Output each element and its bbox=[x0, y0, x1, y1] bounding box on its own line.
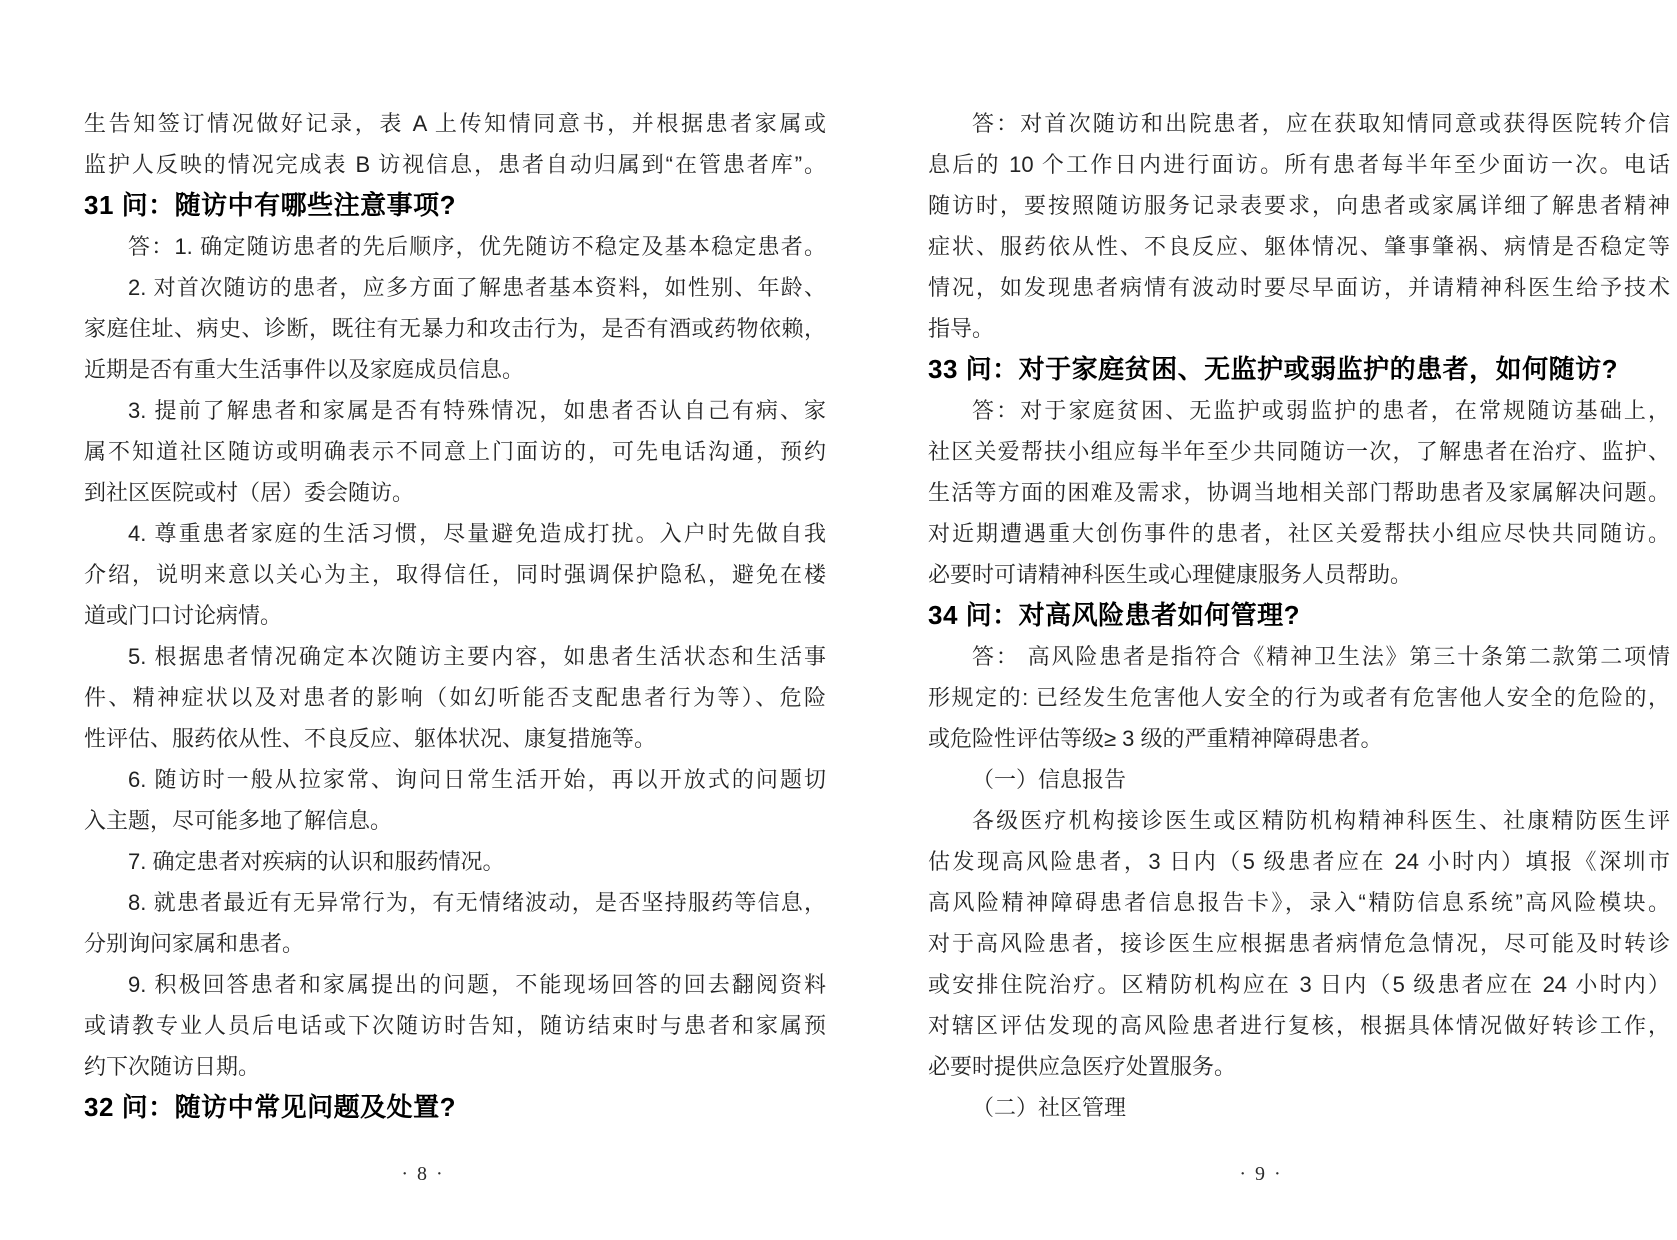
text-line: 社区关爱帮扶小组应每半年至少共同随访一次，了解患者在治疗、监护、 bbox=[928, 431, 1670, 472]
page-right: 答：对首次随访和出院患者，应在获取知情同意或获得医院转介信 息后的 10 个工作… bbox=[928, 103, 1670, 1128]
question-heading-33: 33 问：对于家庭贫困、无监护或弱监护的患者，如何随访? bbox=[928, 349, 1670, 390]
text-line: 属不知道社区随访或明确表示不同意上门面访的，可先电话沟通，预约 bbox=[84, 431, 826, 472]
text-line: 随访时，要按照随访服务记录表要求，向患者或家属详细了解患者精神 bbox=[928, 185, 1670, 226]
text-line: 性评估、服药依从性、不良反应、躯体状况、康复措施等。 bbox=[84, 718, 826, 759]
text-line: 形规定的: 已经发生危害他人安全的行为或者有危害他人安全的危险的， bbox=[928, 677, 1670, 718]
text-line: 6. 随访时一般从拉家常、询问日常生活开始，再以开放式的问题切 bbox=[84, 759, 826, 800]
text-line: 对于高风险患者，接诊医生应根据患者病情危急情况，尽可能及时转诊 bbox=[928, 923, 1670, 964]
text-line: 3. 提前了解患者和家属是否有特殊情况，如患者否认自己有病、家 bbox=[84, 390, 826, 431]
text-line: 入主题，尽可能多地了解信息。 bbox=[84, 800, 826, 841]
text-line: 答：1. 确定随访患者的先后顺序，优先随访不稳定及基本稳定患者。 bbox=[84, 226, 826, 267]
text-line: 必要时可请精神科医生或心理健康服务人员帮助。 bbox=[928, 554, 1670, 595]
text-line: 生告知签订情况做好记录，表 A 上传知情同意书，并根据患者家属或 bbox=[84, 103, 826, 144]
text-line: 必要时提供应急医疗处置服务。 bbox=[928, 1046, 1670, 1087]
text-line: 情况，如发现患者病情有波动时要尽早面访，并请精神科医生给予技术 bbox=[928, 267, 1670, 308]
text-line: 8. 就患者最近有无异常行为，有无情绪波动，是否坚持服药等信息， bbox=[84, 882, 826, 923]
text-line: 或危险性评估等级≥ 3 级的严重精神障碍患者。 bbox=[928, 718, 1670, 759]
text-line: 答： 高风险患者是指符合《精神卫生法》第三十条第二款第二项情 bbox=[928, 636, 1670, 677]
question-heading-32: 32 问：随访中常见问题及处置? bbox=[84, 1087, 826, 1128]
question-heading-34: 34 问：对高风险患者如何管理? bbox=[928, 595, 1670, 636]
text-line: 生活等方面的困难及需求，协调当地相关部门帮助患者及家属解决问题。 bbox=[928, 472, 1670, 513]
text-line: 5. 根据患者情况确定本次随访主要内容，如患者生活状态和生活事 bbox=[84, 636, 826, 677]
text-line: 答：对于家庭贫困、无监护或弱监护的患者，在常规随访基础上， bbox=[928, 390, 1670, 431]
question-heading-31: 31 问：随访中有哪些注意事项? bbox=[84, 185, 826, 226]
text-line: 介绍，说明来意以关心为主，取得信任，同时强调保护隐私，避免在楼 bbox=[84, 554, 826, 595]
text-line: 对辖区评估发现的高风险患者进行复核，根据具体情况做好转诊工作， bbox=[928, 1005, 1670, 1046]
text-line: 家庭住址、病史、诊断，既往有无暴力和攻击行为，是否有酒或药物依赖， bbox=[84, 308, 826, 349]
text-line: 7. 确定患者对疾病的认识和服药情况。 bbox=[84, 841, 826, 882]
text-line: 到社区医院或村（居）委会随访。 bbox=[84, 472, 826, 513]
text-line: 道或门口讨论病情。 bbox=[84, 595, 826, 636]
text-line: 估发现高风险患者，3 日内（5 级患者应在 24 小时内）填报《深圳市 bbox=[928, 841, 1670, 882]
text-line: 分别询问家属和患者。 bbox=[84, 923, 826, 964]
section-label-1: （一）信息报告 bbox=[928, 759, 1670, 800]
text-line: 4. 尊重患者家庭的生活习惯，尽量避免造成打扰。入户时先做自我 bbox=[84, 513, 826, 554]
text-line: 监护人反映的情况完成表 B 访视信息，患者自动归属到“在管患者库”。 bbox=[84, 144, 826, 185]
text-line: 对近期遭遇重大创伤事件的患者，社区关爱帮扶小组应尽快共同随访。 bbox=[928, 513, 1670, 554]
page-number-left: · 8 · bbox=[52, 1163, 794, 1186]
text-line: 或安排住院治疗。区精防机构应在 3 日内（5 级患者应在 24 小时内） bbox=[928, 964, 1670, 1005]
page-number-right: · 9 · bbox=[890, 1163, 1632, 1186]
page-left: 生告知签订情况做好记录，表 A 上传知情同意书，并根据患者家属或 监护人反映的情… bbox=[84, 103, 826, 1128]
section-label-2: （二）社区管理 bbox=[928, 1087, 1670, 1128]
text-line: 息后的 10 个工作日内进行面访。所有患者每半年至少面访一次。电话 bbox=[928, 144, 1670, 185]
text-line: 指导。 bbox=[928, 308, 1670, 349]
text-line: 或请教专业人员后电话或下次随访时告知，随访结束时与患者和家属预 bbox=[84, 1005, 826, 1046]
text-line: 高风险精神障碍患者信息报告卡》，录入“精防信息系统”高风险模块。 bbox=[928, 882, 1670, 923]
text-line: 约下次随访日期。 bbox=[84, 1046, 826, 1087]
text-line: 近期是否有重大生活事件以及家庭成员信息。 bbox=[84, 349, 826, 390]
text-line: 件、精神症状以及对患者的影响（如幻听能否支配患者行为等）、危险 bbox=[84, 677, 826, 718]
text-line: 答：对首次随访和出院患者，应在获取知情同意或获得医院转介信 bbox=[928, 103, 1670, 144]
text-line: 症状、服药依从性、不良反应、躯体情况、肇事肇祸、病情是否稳定等 bbox=[928, 226, 1670, 267]
book-spread: 生告知签订情况做好记录，表 A 上传知情同意书，并根据患者家属或 监护人反映的情… bbox=[0, 0, 1677, 1240]
text-line: 各级医疗机构接诊医生或区精防机构精神科医生、社康精防医生评 bbox=[928, 800, 1670, 841]
text-line: 9. 积极回答患者和家属提出的问题，不能现场回答的回去翻阅资料 bbox=[84, 964, 826, 1005]
text-line: 2. 对首次随访的患者，应多方面了解患者基本资料，如性别、年龄、 bbox=[84, 267, 826, 308]
